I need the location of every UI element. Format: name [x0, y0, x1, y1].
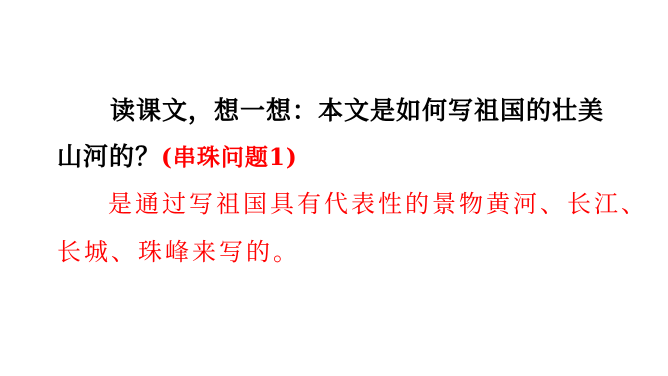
answer-line-1: 是通过写祖国具有代表性的景物黄河、长江、	[108, 192, 648, 216]
answer-line-2: 长城、珠峰来写的。	[57, 240, 300, 264]
question-line-2-text: 山河的？	[57, 142, 161, 171]
question-line-2: 山河的？(串珠问题1)	[57, 144, 298, 169]
slide: 读课文，想一想：本文是如何写祖国的壮美 山河的？(串珠问题1) 是通过写祖国具有…	[0, 0, 668, 376]
question-tag: (串珠问题1)	[161, 144, 298, 171]
question-line-1: 读课文，想一想：本文是如何写祖国的壮美	[110, 98, 604, 123]
